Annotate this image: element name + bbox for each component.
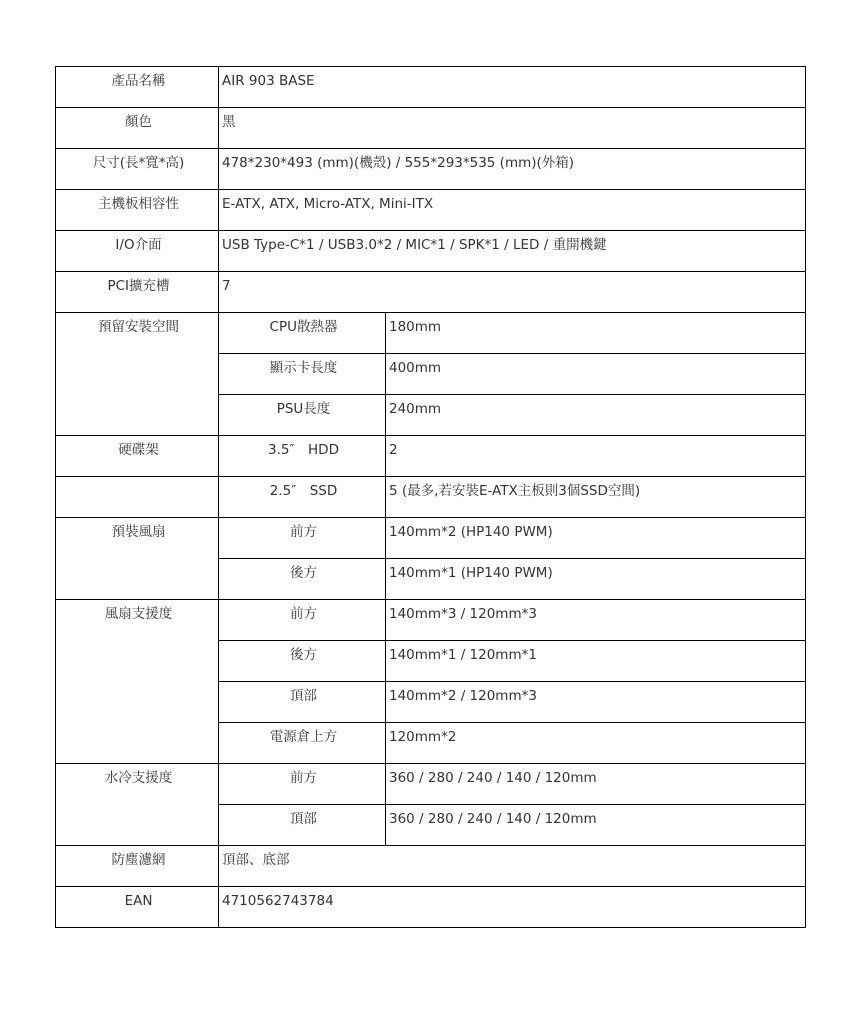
row-label: 主機板相容性 — [56, 190, 219, 231]
sub-label: CPU散熱器 — [219, 313, 386, 354]
row-label: 產品名稱 — [56, 67, 219, 108]
row-value: 140mm*2 / 120mm*3 — [386, 682, 806, 723]
table-row-product-name: 產品名稱 AIR 903 BASE — [56, 67, 806, 108]
row-label-empty — [56, 477, 219, 518]
row-label: 預留安裝空間 — [56, 313, 219, 436]
sub-label: 頂部 — [219, 805, 386, 846]
sub-label: 顯示卡長度 — [219, 354, 386, 395]
row-value: E-ATX, ATX, Micro-ATX, Mini-ITX — [219, 190, 806, 231]
table-row-drive-bays: 2.5″ SSD 5 (最多,若安裝E-ATX主板則3個SSD空間) — [56, 477, 806, 518]
row-label: 尺寸(長*寬*高) — [56, 149, 219, 190]
row-value: 140mm*1 (HP140 PWM) — [386, 559, 806, 600]
sub-label: 前方 — [219, 600, 386, 641]
table-row-dimensions: 尺寸(長*寬*高) 478*230*493 (mm)(機殼) / 555*293… — [56, 149, 806, 190]
table-row-drive-bays: 硬碟架 3.5″ HDD 2 — [56, 436, 806, 477]
row-value: USB Type-C*1 / USB3.0*2 / MIC*1 / SPK*1 … — [219, 231, 806, 272]
row-value: 5 (最多,若安裝E-ATX主板則3個SSD空間) — [386, 477, 806, 518]
table-row-io: I/O介面 USB Type-C*1 / USB3.0*2 / MIC*1 / … — [56, 231, 806, 272]
table-row-dust-filter: 防塵濾網 頂部、底部 — [56, 846, 806, 887]
row-value: 180mm — [386, 313, 806, 354]
sub-label: 頂部 — [219, 682, 386, 723]
row-value: 360 / 280 / 240 / 140 / 120mm — [386, 805, 806, 846]
row-value: 7 — [219, 272, 806, 313]
sub-label: 電源倉上方 — [219, 723, 386, 764]
table-row-pci: PCI擴充槽 7 — [56, 272, 806, 313]
row-value: 2 — [386, 436, 806, 477]
table-row-clearance: 預留安裝空間 CPU散熱器 180mm — [56, 313, 806, 354]
row-value: AIR 903 BASE — [219, 67, 806, 108]
row-label: 風扇支援度 — [56, 600, 219, 764]
row-value: 400mm — [386, 354, 806, 395]
table-row-fan-support: 風扇支援度 前方 140mm*3 / 120mm*3 — [56, 600, 806, 641]
sub-label: 後方 — [219, 559, 386, 600]
table-row-liquid-cooling: 水冷支援度 前方 360 / 280 / 240 / 140 / 120mm — [56, 764, 806, 805]
table-row-preinstalled-fans: 預裝風扇 前方 140mm*2 (HP140 PWM) — [56, 518, 806, 559]
row-label: 水冷支援度 — [56, 764, 219, 846]
row-label: EAN — [56, 887, 219, 928]
row-value: 4710562743784 — [219, 887, 806, 928]
table-row-ean: EAN 4710562743784 — [56, 887, 806, 928]
row-value: 140mm*3 / 120mm*3 — [386, 600, 806, 641]
row-value: 478*230*493 (mm)(機殼) / 555*293*535 (mm)(… — [219, 149, 806, 190]
row-value: 240mm — [386, 395, 806, 436]
row-value: 120mm*2 — [386, 723, 806, 764]
sub-label: PSU長度 — [219, 395, 386, 436]
row-value: 140mm*2 (HP140 PWM) — [386, 518, 806, 559]
table-row-color: 顏色 黑 — [56, 108, 806, 149]
row-label: 防塵濾網 — [56, 846, 219, 887]
sub-label: 前方 — [219, 518, 386, 559]
row-label: 顏色 — [56, 108, 219, 149]
sub-label: 前方 — [219, 764, 386, 805]
row-label: I/O介面 — [56, 231, 219, 272]
row-label: 預裝風扇 — [56, 518, 219, 600]
sub-label: 2.5″ SSD — [219, 477, 386, 518]
table-row-motherboard: 主機板相容性 E-ATX, ATX, Micro-ATX, Mini-ITX — [56, 190, 806, 231]
row-value: 140mm*1 / 120mm*1 — [386, 641, 806, 682]
spec-table: 產品名稱 AIR 903 BASE 顏色 黑 尺寸(長*寬*高) 478*230… — [55, 66, 806, 928]
row-label: 硬碟架 — [56, 436, 219, 477]
sub-label: 後方 — [219, 641, 386, 682]
row-value: 頂部、底部 — [219, 846, 806, 887]
row-value: 黑 — [219, 108, 806, 149]
sub-label: 3.5″ HDD — [219, 436, 386, 477]
row-value: 360 / 280 / 240 / 140 / 120mm — [386, 764, 806, 805]
row-label: PCI擴充槽 — [56, 272, 219, 313]
